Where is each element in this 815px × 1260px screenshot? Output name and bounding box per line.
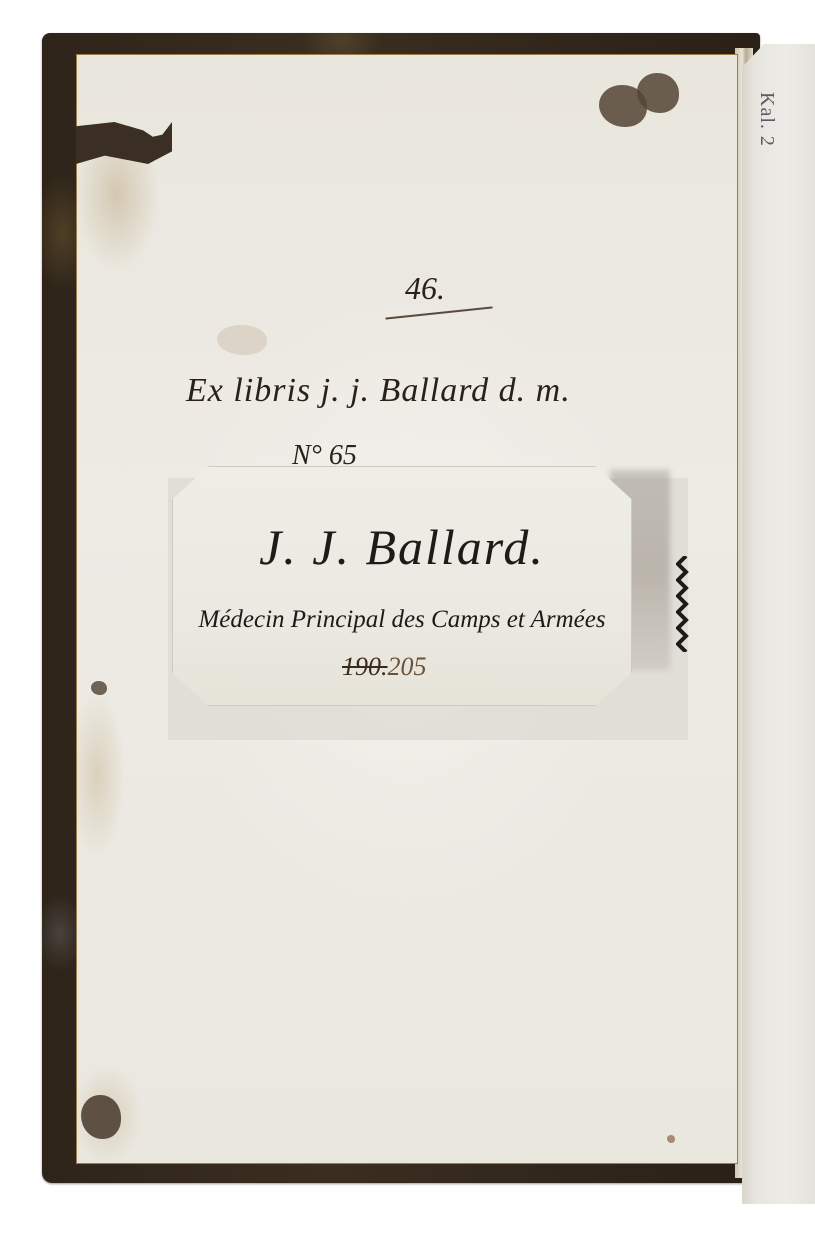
foxing-spot xyxy=(217,325,267,355)
bookplate-label: J. J. Ballard. Médecin Principal des Cam… xyxy=(172,466,632,706)
ornament-border-fragment xyxy=(676,556,690,652)
flyleaf-pencil-note: Kal. 2 xyxy=(755,92,778,147)
bookplate-owner-title: Médecin Principal des Camps et Armées xyxy=(182,606,622,634)
ink-stain xyxy=(91,681,107,695)
flyleaf-edge xyxy=(742,44,815,1204)
ink-stain xyxy=(637,73,679,113)
ink-stain xyxy=(81,1095,121,1139)
current-price: 205 xyxy=(388,652,427,681)
ex-libris-inscription: Ex libris j. j. Ballard d. m. xyxy=(186,372,571,410)
shelf-number: 46. xyxy=(405,270,445,307)
foxing-spot xyxy=(667,1135,675,1143)
bookplate-price-note: 190.205 xyxy=(342,652,427,682)
bookplate-owner-name: J. J. Ballard. xyxy=(212,518,592,576)
struck-price: 190. xyxy=(342,652,388,681)
